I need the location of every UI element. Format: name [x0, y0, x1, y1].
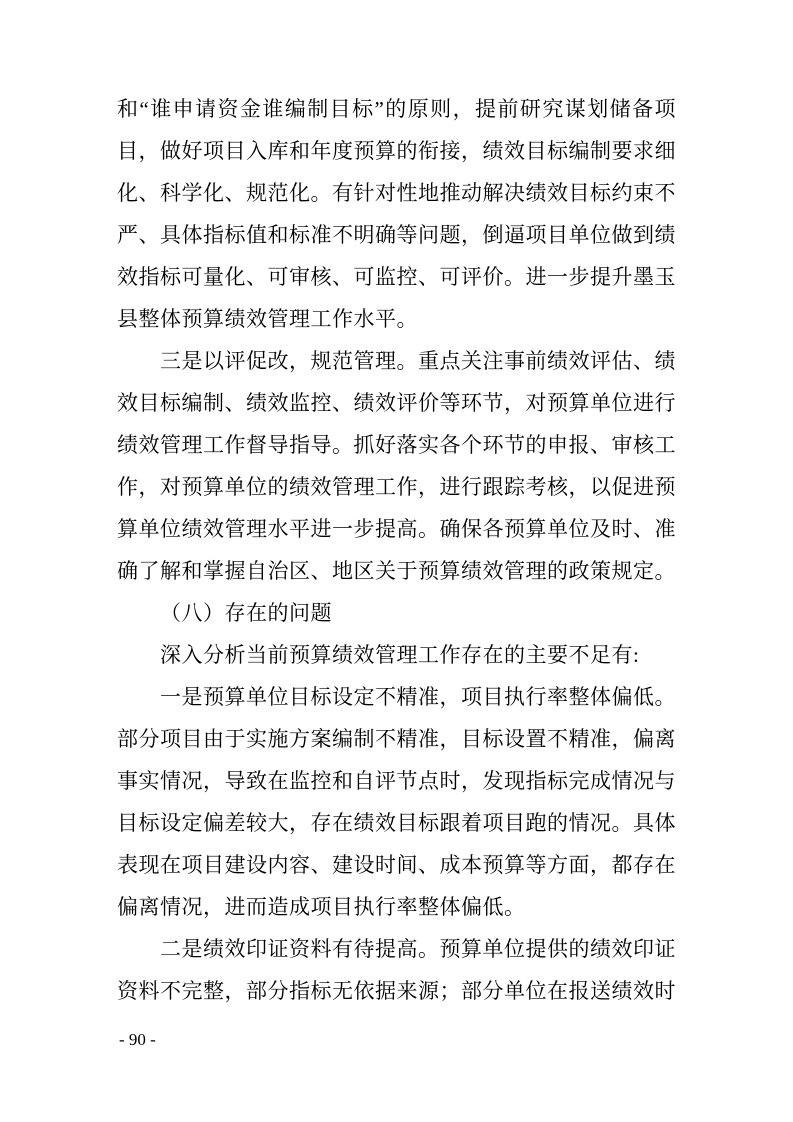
text-line: 偏离情况，进而造成项目执行率整体偏低。 [117, 886, 676, 928]
text-line: 一是预算单位目标设定不精准，项目执行率整体偏低。 [117, 676, 676, 718]
text-line: 深入分析当前预算绩效管理工作存在的主要不足有: [117, 634, 676, 676]
text-line: 确了解和掌握自治区、地区关于预算绩效管理的政策规定。 [117, 550, 676, 592]
text-line: 表现在项目建设内容、建设时间、成本预算等方面，都存在 [117, 844, 676, 886]
text-line: 县整体预算绩效管理工作水平。 [117, 298, 676, 340]
text-line: 目，做好项目入库和年度预算的衔接，绩效目标编制要求细 [117, 130, 676, 172]
text-line: 二是绩效印证资料有待提高。预算单位提供的绩效印证 [117, 928, 676, 970]
text-line: 绩效管理工作督导指导。抓好落实各个环节的申报、审核工 [117, 424, 676, 466]
text-line: 化、科学化、规范化。有针对性地推动解决绩效目标约束不 [117, 172, 676, 214]
page-number: - 90 - [119, 1030, 156, 1050]
text-line: 三是以评促改，规范管理。重点关注事前绩效评估、绩 [117, 340, 676, 382]
document-body: 和“谁申请资金谁编制目标”的原则，提前研究谋划储备项目，做好项目入库和年度预算的… [117, 88, 676, 1012]
text-line: （八）存在的问题 [117, 592, 676, 634]
text-line: 事实情况，导致在监控和自评节点时，发现指标完成情况与 [117, 760, 676, 802]
text-line: 资料不完整，部分指标无依据来源；部分单位在报送绩效时 [117, 970, 676, 1012]
text-line: 效指标可量化、可审核、可监控、可评价。进一步提升墨玉 [117, 256, 676, 298]
text-line: 部分项目由于实施方案编制不精准，目标设置不精准，偏离 [117, 718, 676, 760]
text-line: 作，对预算单位的绩效管理工作，进行跟踪考核，以促进预 [117, 466, 676, 508]
text-line: 和“谁申请资金谁编制目标”的原则，提前研究谋划储备项 [117, 88, 676, 130]
text-line: 严、具体指标值和标准不明确等问题，倒逼项目单位做到绩 [117, 214, 676, 256]
document-page: 和“谁申请资金谁编制目标”的原则，提前研究谋划储备项目，做好项目入库和年度预算的… [0, 0, 793, 1122]
text-line: 目标设定偏差较大，存在绩效目标跟着项目跑的情况。具体 [117, 802, 676, 844]
text-line: 算单位绩效管理水平进一步提高。确保各预算单位及时、准 [117, 508, 676, 550]
text-line: 效目标编制、绩效监控、绩效评价等环节，对预算单位进行 [117, 382, 676, 424]
